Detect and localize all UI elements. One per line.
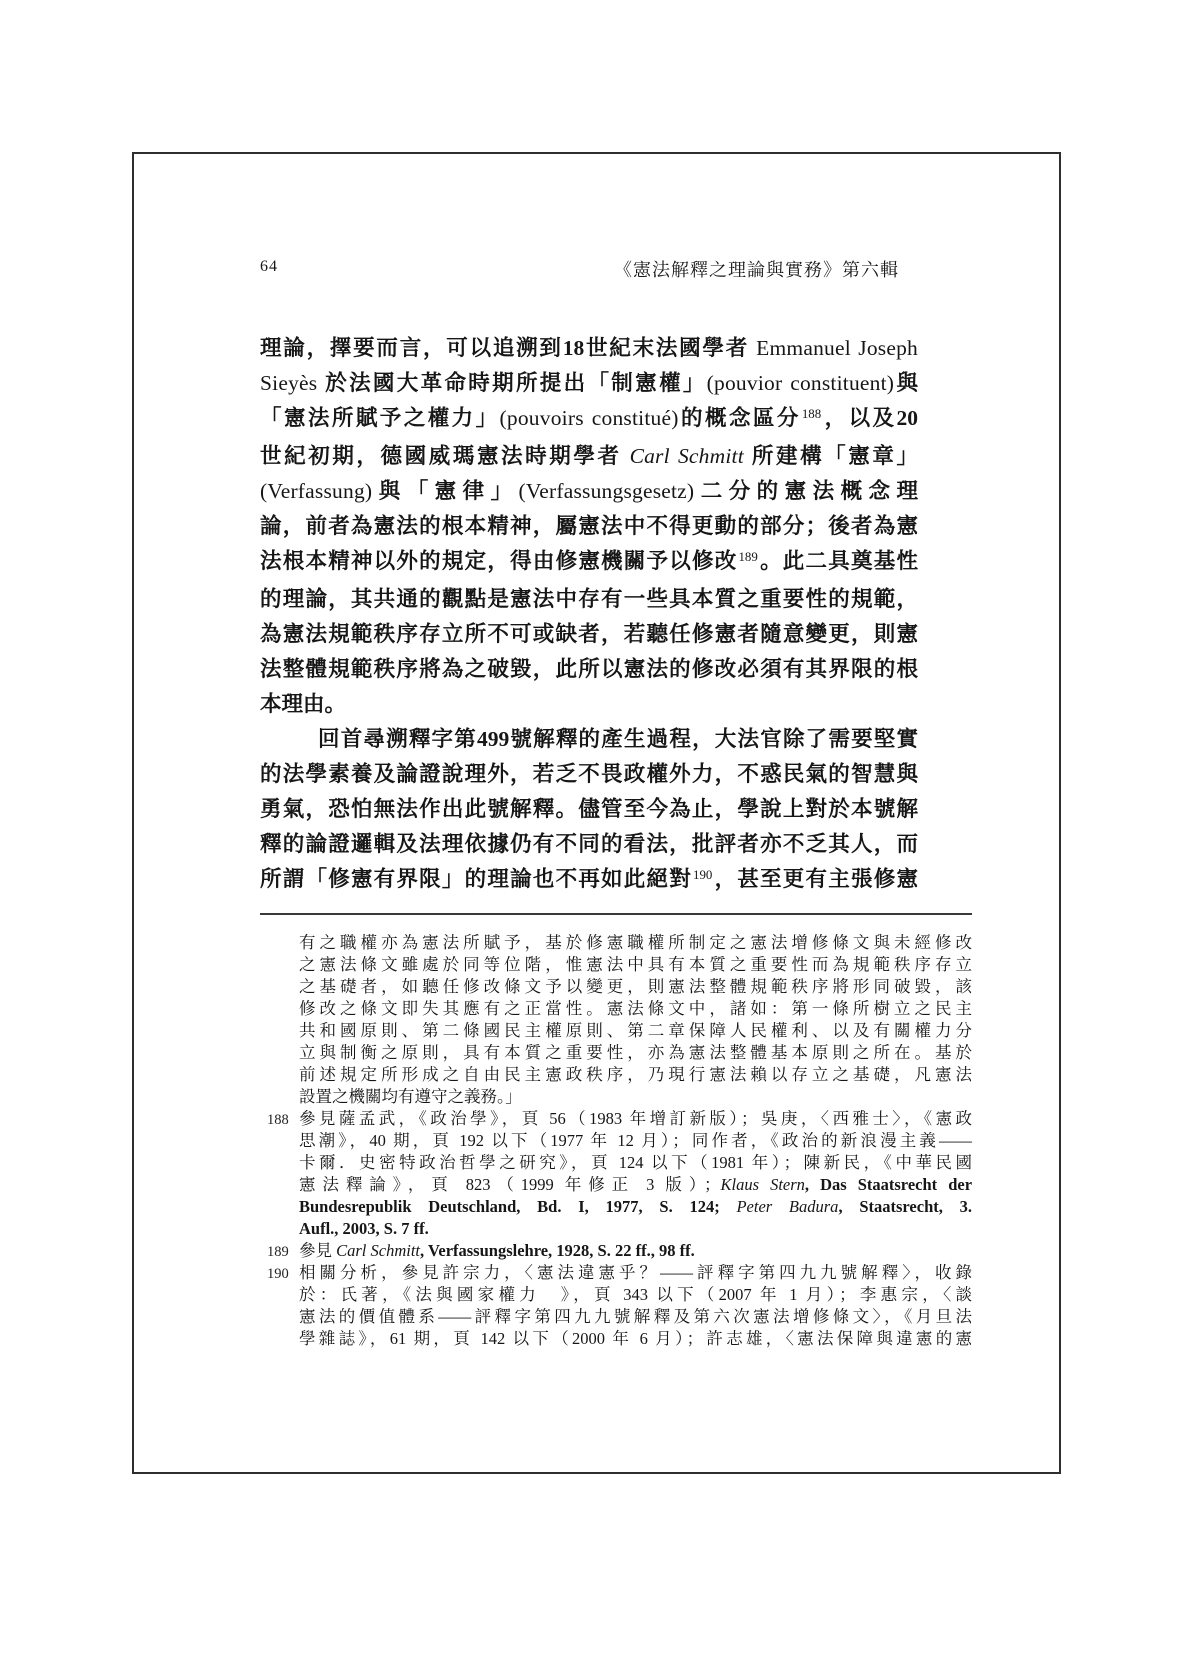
body-line: 法整體規範秩序將為之破毀，此所以憲法的修改必須有其界限的根 [260,652,918,687]
text-segment: Emmanuel Joseph [756,336,918,360]
footnote-line: 之基礎者，如聽任修改條文予以變更，則憲法整體規範秩序將形同破毀，該 [299,976,972,998]
footnote: 190相關分析，參見許宗力，〈憲法違憲乎？——評釋字第四九九號解釋〉，收錄於：氏… [267,1262,972,1350]
page-header: 64 《憲法解釋之理論與實務》第六輯 [134,256,1059,282]
text-segment: 共和國原則、第二條國民主權原則、第二章保障人民權利、以及有關權力分 [299,1021,972,1040]
text-segment: 憲法釋論》，頁 823（1999 年修正 3 版）； [299,1175,721,1194]
text-segment: (Verfassung) [260,479,372,503]
text-segment: Bundesrepublik Deutschland, Bd. I, 1977,… [299,1197,736,1216]
text-segment: 之基礎者，如聽任修改條文予以變更，則憲法整體規範秩序將形同破毀，該 [299,977,972,996]
body-line: 本理由。 [260,687,918,722]
body-text: 理論，擇要而言，可以追溯到18世紀末法國學者 Emmanuel JosephSi… [260,331,918,900]
text-segment: ，以及20 [822,406,918,430]
page-number: 64 [260,258,278,276]
body-line: 世紀初期，德國威瑪憲法時期學者 Carl Schmitt 所建構「憲章」 [260,439,918,474]
text-segment: 法整體規範秩序將為之破毀，此所以憲法的修改必須有其界限的根 [260,657,918,681]
text-segment: 有之職權亦為憲法所賦予，基於修憲職權所制定之憲法增修條文與未經修改 [299,933,972,952]
text-segment: 設置之機關均有遵守之義務。」 [299,1087,522,1106]
footnote-line: 相關分析，參見許宗力，〈憲法違憲乎？——評釋字第四九九號解釋〉，收錄 [299,1262,972,1284]
text-segment: 釋的論證邏輯及法理依據仍有不同的看法，批評者亦不乏其人，而 [260,832,918,856]
footnote-line: 共和國原則、第二條國民主權原則、第二章保障人民權利、以及有關權力分 [299,1020,972,1042]
footnote: 189參見 Carl Schmitt, Verfassungslehre, 19… [267,1240,972,1262]
footnote-line: Aufl., 2003, S. 7 ff. [299,1218,972,1240]
body-line: 的理論，其共通的觀點是憲法中存有一些具本質之重要性的規範， [260,582,918,617]
body-line: 所謂「修憲有界限」的理論也不再如此絕對190，甚至更有主張修憲 [260,862,918,900]
text-segment: Klaus Stern [721,1175,805,1194]
footnote: 有之職權亦為憲法所賦予，基於修憲職權所制定之憲法增修條文與未經修改之憲法條文雖處… [267,932,972,1108]
text-segment: , Das Staatsrecht der [805,1175,972,1194]
text-segment: 於法國大革命時期所提出「制憲權」 [325,371,706,395]
text-segment: 與 [894,371,918,395]
text-segment: 二分的憲法概念理 [694,479,918,503]
footnote-body: 相關分析，參見許宗力，〈憲法違憲乎？——評釋字第四九九號解釋〉，收錄於：氏著，《… [299,1262,972,1350]
text-segment: (Verfassungsgesetz) [519,479,695,503]
footnote-body: 參見 Carl Schmitt, Verfassungslehre, 1928,… [299,1240,972,1262]
text-segment: 立與制衡之原則，具有本質之重要性，亦為憲法整體基本原則之所在。基於 [299,1043,972,1062]
footnote-reference: 188 [801,407,822,421]
footnote-line: 有之職權亦為憲法所賦予，基於修憲職權所制定之憲法增修條文與未經修改 [299,932,972,954]
text-segment: 前述規定所形成之自由民主憲政秩序，乃現行憲法賴以存立之基礎，凡憲法 [299,1065,972,1084]
footnote-line: 設置之機關均有遵守之義務。」 [299,1086,972,1108]
footnote-line: 思潮》，40 期，頁 192 以下（1977 年 12 月）；同作者，《政治的新… [299,1130,972,1152]
text-segment: 相關分析，參見許宗力，〈憲法違憲乎？——評釋字第四九九號解釋〉，收錄 [299,1263,972,1282]
text-segment: Peter Badura [736,1197,838,1216]
footnotes: 有之職權亦為憲法所賦予，基於修憲職權所制定之憲法增修條文與未經修改之憲法條文雖處… [267,932,972,1350]
footnote-line: 憲法的價值體系——評釋字第四九九號解釋及第六次憲法增修條文〉，《月旦法 [299,1306,972,1328]
footnote-line: 修改之條文即失其應有之正當性。憲法條文中，諸如：第一條所樹立之民主 [299,998,972,1020]
footnote-line: 於：氏著，《法與國家權力 》，頁 343 以下（2007 年 1 月）；李惠宗，… [299,1284,972,1306]
text-segment: 本理由。 [260,692,346,716]
text-segment: , Verfassungslehre, 1928, S. 22 ff., 98 … [420,1241,695,1260]
text-segment: 的理論，其共通的觀點是憲法中存有一些具本質之重要性的規範， [260,587,918,611]
running-title: 《憲法解釋之理論與實務》第六輯 [614,256,899,282]
body-line: 回首尋溯釋字第499號解釋的產生過程，大法官除了需要堅實 [260,722,918,757]
body-line: 「憲法所賦予之權力」(pouvoirs constitué)的概念區分188，以… [260,401,918,439]
text-segment: 理論，擇要而言，可以追溯到18世紀末法國學者 [260,336,756,360]
text-segment: 勇氣，恐怕無法作出此號解釋。儘管至今為止，學說上對於本號解 [260,797,918,821]
text-segment: 「憲法所賦予之權力」 [260,406,500,430]
footnote-reference: 190 [692,868,713,882]
text-segment: ，甚至更有主張修憲 [713,867,918,891]
body-line: 釋的論證邏輯及法理依據仍有不同的看法，批評者亦不乏其人，而 [260,827,918,862]
footnote-line: 學雜誌》，61 期，頁 142 以下（2000 年 6 月）；許志雄，〈憲法保障… [299,1328,972,1350]
footnote: 188參見薩孟武，《政治學》，頁 56（1983 年增訂新版）；吳庚，〈西雅士〉… [267,1108,972,1240]
text-segment: 思潮》，40 期，頁 192 以下（1977 年 12 月）；同作者，《政治的新… [299,1131,972,1150]
text-segment: 學雜誌》，61 期，頁 142 以下（2000 年 6 月）；許志雄，〈憲法保障… [299,1329,972,1348]
text-segment: , Staatsrecht, 3. [838,1197,972,1216]
footnote-number: 188 [267,1109,289,1131]
text-segment: 與「憲律」 [372,479,518,503]
text-segment: 的概念區分 [679,406,801,430]
text-segment: 參見 [299,1241,336,1260]
body-line: 勇氣，恐怕無法作出此號解釋。儘管至今為止，學說上對於本號解 [260,792,918,827]
footnote-line: 之憲法條文雖處於同等位階，惟憲法中具有本質之重要性而為規範秩序存立 [299,954,972,976]
footnote-line: 憲法釋論》，頁 823（1999 年修正 3 版）；Klaus Stern, D… [299,1174,972,1196]
text-segment: 回首尋溯釋字第499號解釋的產生過程，大法官除了需要堅實 [318,727,918,751]
footnote-body: 有之職權亦為憲法所賦予，基於修憲職權所制定之憲法增修條文與未經修改之憲法條文雖處… [299,932,972,1108]
body-line: 理論，擇要而言，可以追溯到18世紀末法國學者 Emmanuel Joseph [260,331,918,366]
text-segment: 。此二具奠基性 [759,549,918,573]
body-line: 為憲法規範秩序存立所不可或缺者，若聽任修憲者隨意變更，則憲 [260,617,918,652]
text-segment: 世紀初期，德國威瑪憲法時期學者 [260,444,630,468]
text-segment: (pouvoirs constitué) [500,406,679,430]
text-segment: Aufl., 2003, S. 7 ff. [299,1219,429,1238]
document-canvas: 64 《憲法解釋之理論與實務》第六輯 理論，擇要而言，可以追溯到18世紀末法國學… [0,0,1177,1664]
page-frame: 64 《憲法解釋之理論與實務》第六輯 理論，擇要而言，可以追溯到18世紀末法國學… [132,152,1061,1474]
text-segment: Carl Schmitt [336,1241,420,1260]
text-segment: Sieyès [260,371,325,395]
text-segment: 的法學素養及論證說理外，若乏不畏政權外力，不惑民氣的智慧與 [260,762,918,786]
footnote-number: 189 [267,1241,289,1263]
footnote-number: 190 [267,1263,289,1285]
text-segment: 於：氏著，《法與國家權力 》，頁 343 以下（2007 年 1 月）；李惠宗，… [299,1285,972,1304]
footnote-line: 卡爾．史密特政治哲學之研究》，頁 124 以下（1981 年）；陳新民，《中華民… [299,1152,972,1174]
text-segment: 之憲法條文雖處於同等位階，惟憲法中具有本質之重要性而為規範秩序存立 [299,955,972,974]
footnote-line: 立與制衡之原則，具有本質之重要性，亦為憲法整體基本原則之所在。基於 [299,1042,972,1064]
body-line: 論，前者為憲法的根本精神，屬憲法中不得更動的部分；後者為憲 [260,509,918,544]
footnote-line: 參見薩孟武，《政治學》，頁 56（1983 年增訂新版）；吳庚，〈西雅士〉，《憲… [299,1108,972,1130]
text-segment: (pouvior constituent) [707,371,894,395]
text-segment: 所建構「憲章」 [744,444,918,468]
text-segment: 論，前者為憲法的根本精神，屬憲法中不得更動的部分；後者為憲 [260,514,918,538]
body-line: Sieyès 於法國大革命時期所提出「制憲權」(pouvior constitu… [260,366,918,401]
text-segment: 參見薩孟武，《政治學》，頁 56（1983 年增訂新版）；吳庚，〈西雅士〉，《憲… [299,1109,972,1128]
text-segment: Carl Schmitt [630,444,744,468]
text-segment: 為憲法規範秩序存立所不可或缺者，若聽任修憲者隨意變更，則憲 [260,622,918,646]
footnote-line: 前述規定所形成之自由民主憲政秩序，乃現行憲法賴以存立之基礎，凡憲法 [299,1064,972,1086]
text-segment: 修改之條文即失其應有之正當性。憲法條文中，諸如：第一條所樹立之民主 [299,999,972,1018]
footnote-line: Bundesrepublik Deutschland, Bd. I, 1977,… [299,1196,972,1218]
text-segment: 所謂「修憲有界限」的理論也不再如此絕對 [260,867,692,891]
text-segment: 憲法的價值體系——評釋字第四九九號解釋及第六次憲法增修條文〉，《月旦法 [299,1307,972,1326]
body-line: 法根本精神以外的規定，得由修憲機關予以修改189。此二具奠基性 [260,544,918,582]
body-line: 的法學素養及論證說理外，若乏不畏政權外力，不惑民氣的智慧與 [260,757,918,792]
footnote-body: 參見薩孟武，《政治學》，頁 56（1983 年增訂新版）；吳庚，〈西雅士〉，《憲… [299,1108,972,1240]
footnote-separator [260,913,972,915]
footnote-line: 參見 Carl Schmitt, Verfassungslehre, 1928,… [299,1240,972,1262]
footnote-reference: 189 [737,550,758,564]
text-segment: 法根本精神以外的規定，得由修憲機關予以修改 [260,549,737,573]
text-segment: 卡爾．史密特政治哲學之研究》，頁 124 以下（1981 年）；陳新民，《中華民… [299,1153,972,1172]
body-line: (Verfassung)與「憲律」(Verfassungsgesetz)二分的憲… [260,474,918,509]
